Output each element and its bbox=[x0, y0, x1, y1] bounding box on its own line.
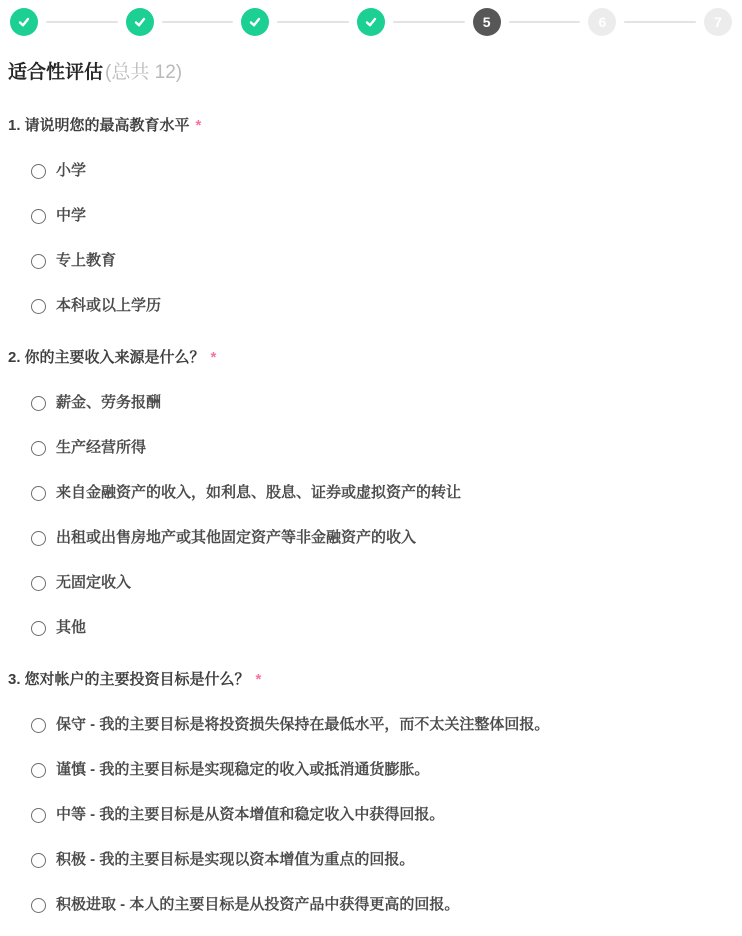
q1-option-3[interactable]: 专上教育 bbox=[0, 251, 742, 271]
step-connector bbox=[393, 21, 465, 23]
question-number: 2. bbox=[8, 349, 21, 366]
option-label: 本科或以上学历 bbox=[56, 296, 161, 316]
q3-option-5[interactable]: 积极进取 - 本人的主要目标是从投资产品中获得更高的回报。 bbox=[0, 895, 742, 915]
option-label: 其他 bbox=[56, 618, 86, 638]
q1-option-2[interactable]: 中学 bbox=[0, 206, 742, 226]
q1-option-1[interactable]: 小学 bbox=[0, 161, 742, 181]
radio-icon[interactable] bbox=[31, 441, 46, 456]
radio-icon[interactable] bbox=[31, 209, 46, 224]
option-label: 保守 - 我的主要目标是将投资损失保持在最低水平，而不太关注整体回报。 bbox=[56, 715, 549, 735]
q2-option-3[interactable]: 来自金融资产的收入，如利息、股息、证券或虚拟资产的转让 bbox=[0, 483, 742, 503]
radio-icon[interactable] bbox=[31, 299, 46, 314]
option-label: 小学 bbox=[56, 161, 86, 181]
question-text: 你的主要收入来源是什么？ bbox=[25, 349, 205, 366]
radio-icon[interactable] bbox=[31, 621, 46, 636]
q3-option-1[interactable]: 保守 - 我的主要目标是将投资损失保持在最低水平，而不太关注整体回报。 bbox=[0, 715, 742, 735]
option-label: 专上教育 bbox=[56, 251, 116, 271]
required-asterisk: * bbox=[196, 117, 202, 134]
step-connector bbox=[509, 21, 581, 23]
option-label: 积极进取 - 本人的主要目标是从投资产品中获得更高的回报。 bbox=[56, 895, 459, 915]
question-text: 请说明您的最高教育水平 bbox=[25, 117, 190, 134]
option-label: 中学 bbox=[56, 206, 86, 226]
step-connector bbox=[277, 21, 349, 23]
required-asterisk: * bbox=[256, 671, 262, 688]
radio-icon[interactable] bbox=[31, 486, 46, 501]
required-asterisk: * bbox=[211, 349, 217, 366]
step-number: 7 bbox=[714, 15, 722, 29]
page-title: 适合性评估(总共 12) bbox=[8, 62, 734, 84]
q3-option-3[interactable]: 中等 - 我的主要目标是从资本增值和稳定收入中获得回报。 bbox=[0, 805, 742, 825]
option-label: 无固定收入 bbox=[56, 573, 131, 593]
radio-icon[interactable] bbox=[31, 718, 46, 733]
radio-icon[interactable] bbox=[31, 853, 46, 868]
check-icon bbox=[133, 15, 147, 29]
option-label: 薪金、劳务报酬 bbox=[56, 393, 161, 413]
option-label: 来自金融资产的收入，如利息、股息、证券或虚拟资产的转让 bbox=[56, 483, 461, 503]
q1-option-4[interactable]: 本科或以上学历 bbox=[0, 296, 742, 316]
step-6-pending: 6 bbox=[588, 8, 616, 36]
question-number: 1. bbox=[8, 117, 21, 134]
radio-icon[interactable] bbox=[31, 808, 46, 823]
progress-stepper: 5 6 7 bbox=[10, 8, 732, 36]
question-1-title: 1.请说明您的最高教育水平* bbox=[8, 116, 734, 136]
page-title-count: (总共 12) bbox=[105, 62, 182, 83]
option-label: 谨慎 - 我的主要目标是实现稳定的收入或抵消通货膨胀。 bbox=[56, 760, 429, 780]
step-7-pending: 7 bbox=[704, 8, 732, 36]
step-connector bbox=[46, 21, 118, 23]
radio-icon[interactable] bbox=[31, 164, 46, 179]
radio-icon[interactable] bbox=[31, 576, 46, 591]
option-label: 出租或出售房地产或其他固定资产等非金融资产的收入 bbox=[56, 528, 416, 548]
radio-icon[interactable] bbox=[31, 254, 46, 269]
q2-option-5[interactable]: 无固定收入 bbox=[0, 573, 742, 593]
step-2-completed bbox=[126, 8, 154, 36]
option-label: 中等 - 我的主要目标是从资本增值和稳定收入中获得回报。 bbox=[56, 805, 444, 825]
step-number: 5 bbox=[483, 15, 491, 29]
question-3-title: 3.您对帐户的主要投资目标是什么？* bbox=[8, 670, 734, 690]
step-3-completed bbox=[241, 8, 269, 36]
radio-icon[interactable] bbox=[31, 396, 46, 411]
q2-option-6[interactable]: 其他 bbox=[0, 618, 742, 638]
q2-option-1[interactable]: 薪金、劳务报酬 bbox=[0, 393, 742, 413]
step-number: 6 bbox=[598, 15, 606, 29]
check-icon bbox=[17, 15, 31, 29]
step-4-completed bbox=[357, 8, 385, 36]
radio-icon[interactable] bbox=[31, 531, 46, 546]
radio-icon[interactable] bbox=[31, 763, 46, 778]
q3-option-2[interactable]: 谨慎 - 我的主要目标是实现稳定的收入或抵消通货膨胀。 bbox=[0, 760, 742, 780]
option-label: 生产经营所得 bbox=[56, 438, 146, 458]
step-connector bbox=[624, 21, 696, 23]
question-number: 3. bbox=[8, 671, 21, 688]
page-title-text: 适合性评估 bbox=[8, 62, 103, 83]
option-label: 积极 - 我的主要目标是实现以资本增值为重点的回报。 bbox=[56, 850, 414, 870]
q2-option-2[interactable]: 生产经营所得 bbox=[0, 438, 742, 458]
step-connector bbox=[162, 21, 234, 23]
q3-option-4[interactable]: 积极 - 我的主要目标是实现以资本增值为重点的回报。 bbox=[0, 850, 742, 870]
question-text: 您对帐户的主要投资目标是什么？ bbox=[25, 671, 250, 688]
step-5-active: 5 bbox=[473, 8, 501, 36]
check-icon bbox=[364, 15, 378, 29]
step-1-completed bbox=[10, 8, 38, 36]
radio-icon[interactable] bbox=[31, 898, 46, 913]
check-icon bbox=[248, 15, 262, 29]
question-2-title: 2.你的主要收入来源是什么？* bbox=[8, 348, 734, 368]
q2-option-4[interactable]: 出租或出售房地产或其他固定资产等非金融资产的收入 bbox=[0, 528, 742, 548]
